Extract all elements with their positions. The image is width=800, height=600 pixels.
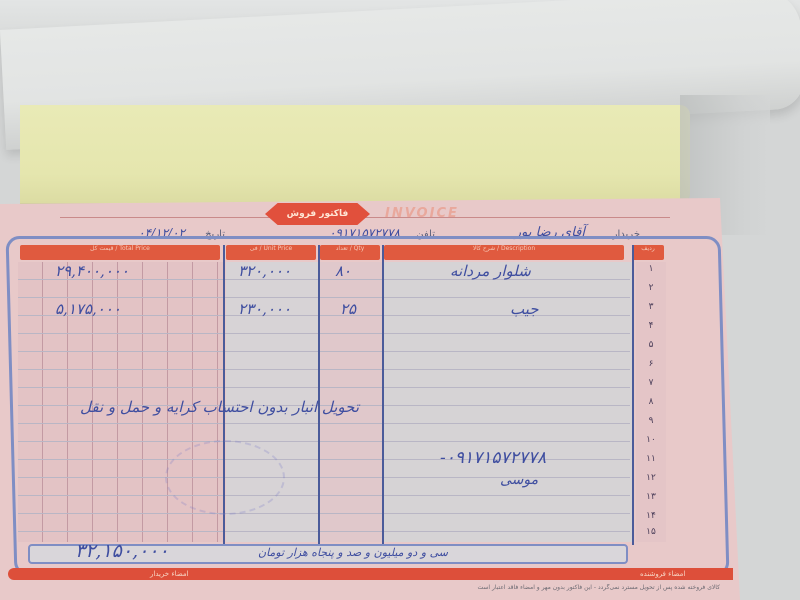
item-2-unit-price: ۲۳۰,۰۰۰ — [238, 300, 291, 318]
header-total: قیمت کل / Total Price — [20, 245, 220, 260]
row-number: ۹ — [636, 416, 666, 426]
total-amount: ۳۲,۱۵۰,۰۰۰ — [75, 540, 169, 562]
row-number: ۳ — [636, 302, 666, 312]
row-number: ۱۵ — [636, 527, 666, 537]
header-row: ردیف — [632, 245, 664, 260]
note-name: موسی — [500, 472, 538, 488]
header-qty: تعداد / Qty — [320, 245, 380, 260]
item-1-total: ۲۹,۴۰۰,۰۰۰ — [55, 262, 129, 280]
row-number: ۱ — [636, 264, 666, 274]
header-unit-price: فی / Unit Price — [226, 245, 316, 260]
invoice-title: INVOICE — [385, 206, 459, 221]
fine-print: کالای فروخته شده پس از تحویل مسترد نمی‌گ… — [150, 584, 720, 591]
row-number: ۱۴ — [636, 511, 666, 521]
row-number: ۱۰ — [636, 435, 666, 445]
item-1-description: شلوار مردانه — [450, 262, 531, 280]
row-number: ۴ — [636, 321, 666, 331]
row-number: ۵ — [636, 340, 666, 350]
column-divider — [318, 245, 320, 545]
footer-bar — [8, 568, 733, 580]
total-in-words: سی و دو میلیون و صد و پنجاه هزار تومان — [258, 546, 448, 559]
delivery-note: تحویل انبار بدون احتساب کرایه و حمل و نق… — [80, 398, 359, 416]
column-divider — [382, 245, 384, 545]
row-number: ۶ — [636, 359, 666, 369]
invoice-badge: فاکتور فروش — [265, 203, 370, 225]
row-number: ۲ — [636, 283, 666, 293]
row-number: ۱۲ — [636, 473, 666, 483]
faded-stamp — [165, 440, 285, 515]
column-divider — [632, 245, 634, 545]
item-2-qty: ۲۵ — [340, 300, 356, 318]
header-description: شرح کالا / Description — [384, 245, 624, 260]
buyer-signature-label: امضاء خریدار — [150, 568, 189, 580]
row-number: ۱۱ — [636, 454, 666, 464]
item-1-unit-price: ۳۲۰,۰۰۰ — [238, 262, 291, 280]
row-number: ۸ — [636, 397, 666, 407]
item-2-total: ۵,۱۷۵,۰۰۰ — [55, 300, 121, 318]
row-number-column: ۱ ۲ ۳ ۴ ۵ ۶ ۷ ۸ ۹ ۱۰ ۱۱ ۱۲ ۱۳ ۱۴ ۱۵ — [636, 262, 666, 542]
row-number: ۱۳ — [636, 492, 666, 502]
note-phone: -۰۹۱۷۱۵۷۲۷۷۸ — [440, 448, 546, 468]
row-number: ۷ — [636, 378, 666, 388]
yellow-carbon-copy — [20, 105, 690, 205]
item-2-description: جیب — [510, 300, 539, 318]
item-1-qty: ۸۰ — [335, 262, 351, 280]
seller-signature-label: امضاء فروشنده — [640, 568, 685, 580]
